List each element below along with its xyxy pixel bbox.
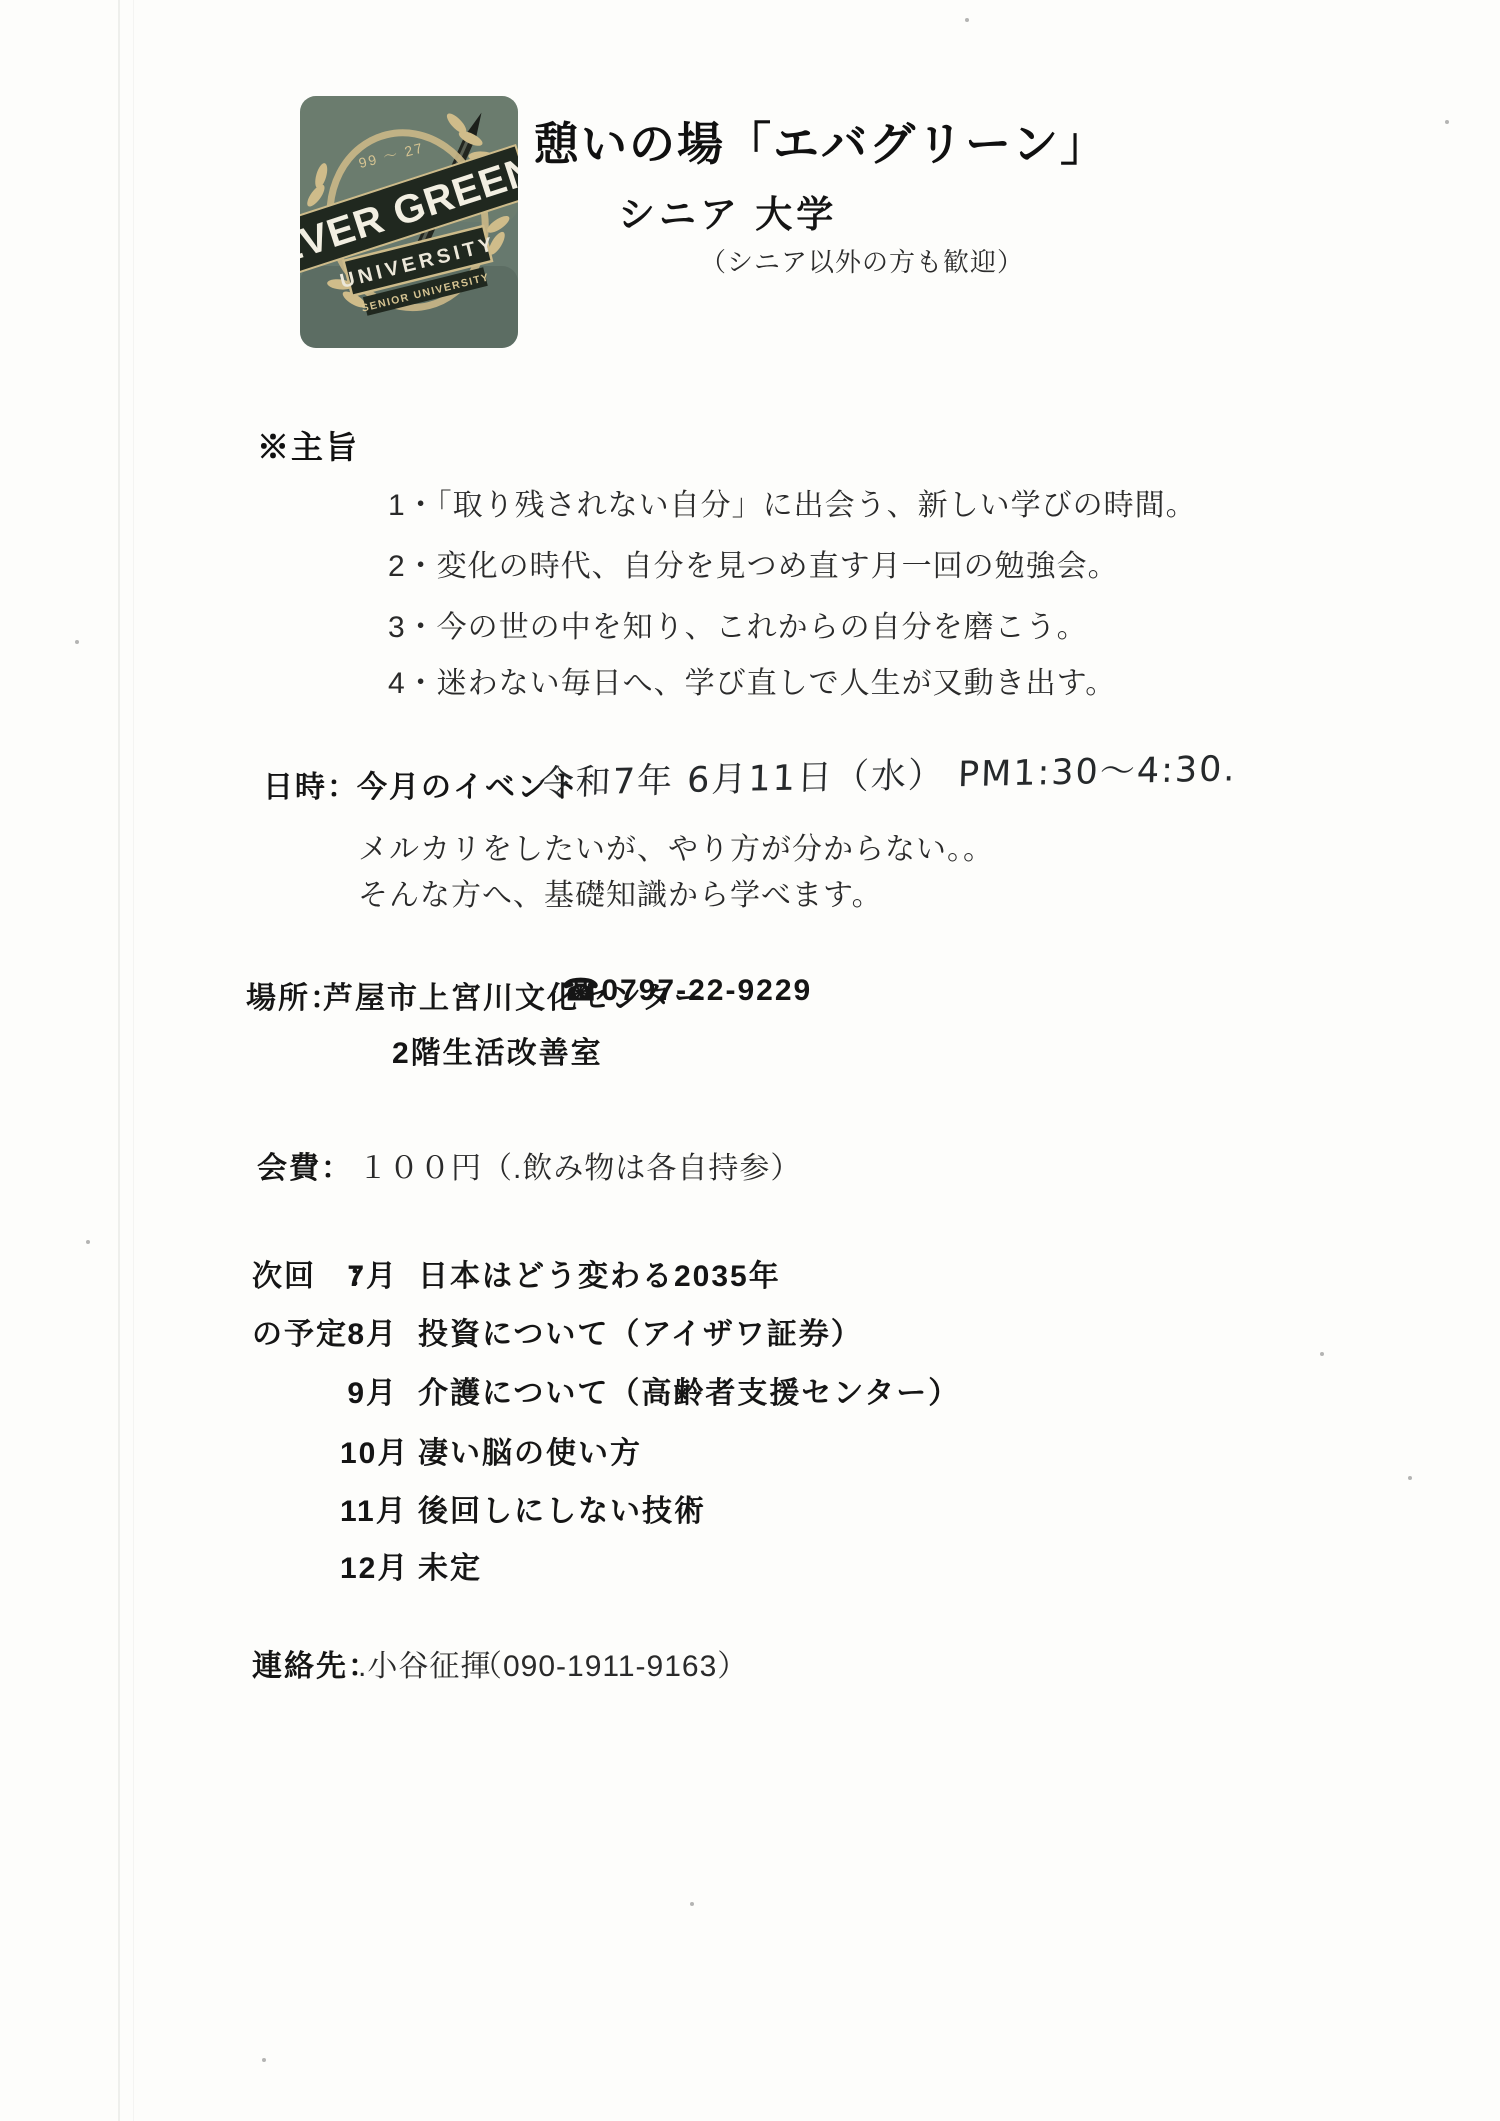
purpose-item-3: 3・今の世の中を知り、これからの自分を磨こう。 — [388, 602, 1088, 646]
schedule-month: 9月 — [340, 1368, 398, 1412]
scan-speck — [75, 640, 79, 644]
schedule-month: 8月 — [340, 1309, 398, 1353]
scan-streak — [118, 0, 120, 2121]
scan-speck — [1445, 120, 1449, 124]
schedule-topic: 投資について（アイザワ証券） — [418, 1309, 863, 1353]
page-title: 憩いの場「エバグリーン」 — [533, 108, 1108, 174]
purpose-item-2: 2・変化の時代、自分を見つめ直す月一回の勉強会。 — [388, 541, 1119, 585]
scan-speck — [262, 2058, 266, 2062]
place-room: 2階生活改善室 — [392, 1028, 603, 1072]
scan-speck — [1408, 1476, 1412, 1480]
fee-value: １００円（.飲み物は各自持参） — [358, 1143, 801, 1187]
schedule-month: 10月 — [340, 1428, 398, 1472]
datetime-label: 日時： — [263, 762, 359, 806]
welcome-note: （シニア以外の方も歓迎） — [700, 242, 1024, 279]
scan-speck — [86, 1240, 90, 1244]
purpose-item-4: 4・迷わない毎日へ、学び直しで人生が又動き出す。 — [388, 658, 1116, 702]
schedule-month: 12月 — [340, 1543, 398, 1587]
schedule-topic: 未定 — [418, 1543, 482, 1587]
scan-speck — [965, 18, 969, 22]
handwritten-date: 令和7年 6月11日（水） PM1:30〜4:30. — [538, 741, 1237, 806]
contact-phone: （090-1911-9163） — [472, 1641, 748, 1685]
scan-streak — [133, 0, 134, 2121]
event-desc-1: メルカリをしたいが、やり方が分からない。。 — [358, 824, 994, 868]
place-phone: ☎0797-22-9229 — [562, 973, 812, 1008]
event-desc-2: そんな方へ、基礎知識から学べます。 — [358, 870, 883, 914]
schedule-topic: 介護について（高齢者支援センター） — [418, 1368, 960, 1412]
schedule-topic: 後回しにしない技術 — [418, 1486, 706, 1530]
logo-badge-graphic: 99 〜 27 EVER GREEN UNIVERSITY SENIOR UNI… — [300, 96, 518, 348]
schedule-month: 11月 — [340, 1486, 398, 1530]
scan-speck — [1320, 1352, 1324, 1356]
purpose-heading: ※主旨 — [257, 422, 359, 468]
schedule-topic: 日本はどう変わる2035年 — [418, 1251, 781, 1295]
schedule-topic: 凄い脳の使い方 — [418, 1428, 642, 1472]
scan-speck — [690, 1902, 694, 1906]
evergreen-university-logo: 99 〜 27 EVER GREEN UNIVERSITY SENIOR UNI… — [300, 96, 518, 353]
page-subtitle: シニア 大学 — [618, 184, 837, 238]
scanned-flyer-page: 99 〜 27 EVER GREEN UNIVERSITY SENIOR UNI… — [0, 0, 1500, 2121]
purpose-item-1: 1・「取り残されない自分」に出会う、新しい学びの時間。 — [388, 480, 1197, 524]
schedule-label-plans: の予定 — [252, 1309, 348, 1353]
fee-label: 会費： — [257, 1143, 353, 1187]
schedule-month: 7月 — [340, 1251, 398, 1295]
